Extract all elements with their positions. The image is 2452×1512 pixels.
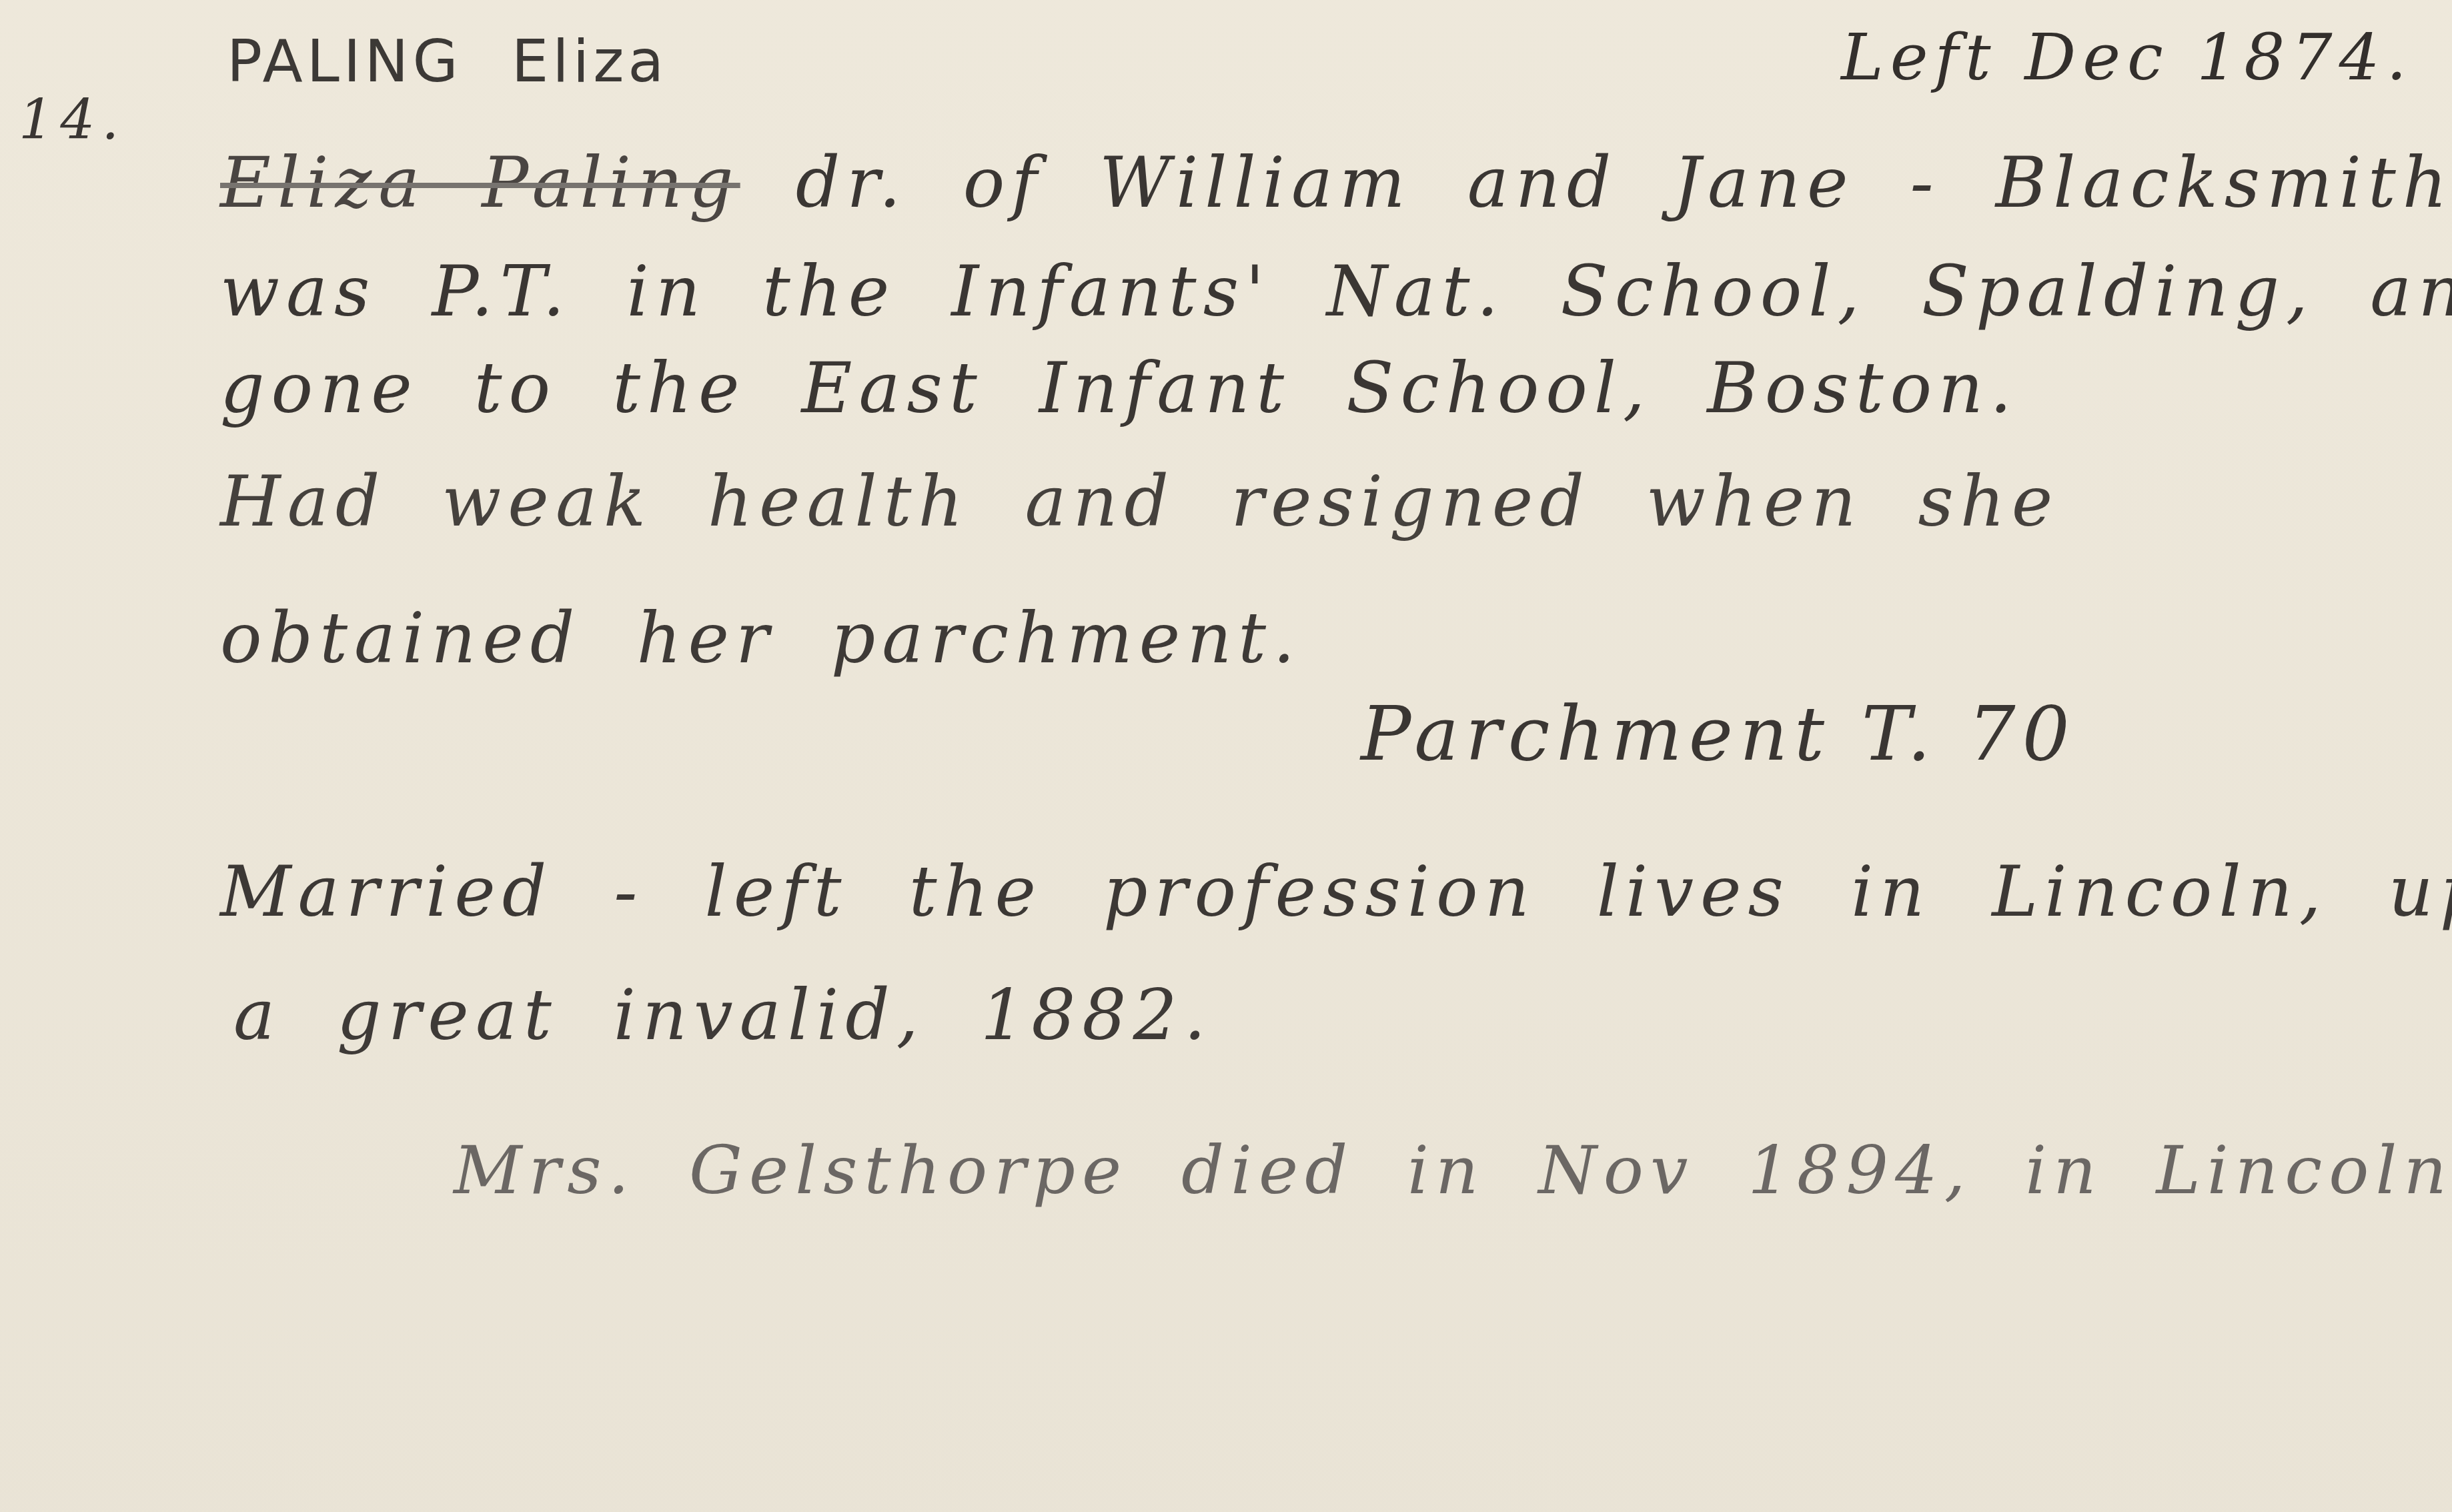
record-line-7: a great invalid, 1882. [233, 980, 1213, 1050]
parentage-text: dr. of William and Jane - Blacksmith - [796, 142, 2452, 223]
surname: PALING [227, 27, 462, 95]
record-line-5: obtained her parchment. [220, 604, 1301, 673]
record-line-2: was P.T. in the Infants' Nat. School, Sp… [220, 257, 2452, 326]
record-line-4: Had weak health and resigned when she [220, 467, 2059, 536]
struck-out-name: Eliza Paling [220, 142, 740, 223]
entry-number: 14. [19, 93, 125, 148]
name-heading: PALING Eliza [227, 32, 668, 91]
forename: Eliza [512, 27, 668, 95]
record-line-6: Married - left the profession lives in L… [220, 857, 2452, 926]
parchment-note: Parchment T. 70 [1361, 697, 2076, 772]
record-line-8: Mrs. Gelsthorpe died in Nov 1894, in Lin… [454, 1137, 2452, 1204]
record-card: 14. PALING Eliza Left Dec 1874. Eliza Pa… [0, 0, 2452, 1512]
record-line-3: gone to the East Infant School, Boston. [220, 353, 2018, 423]
record-line-1: Eliza Paling dr. of William and Jane - B… [220, 148, 2452, 217]
left-date: Left Dec 1874. [1841, 25, 2413, 89]
